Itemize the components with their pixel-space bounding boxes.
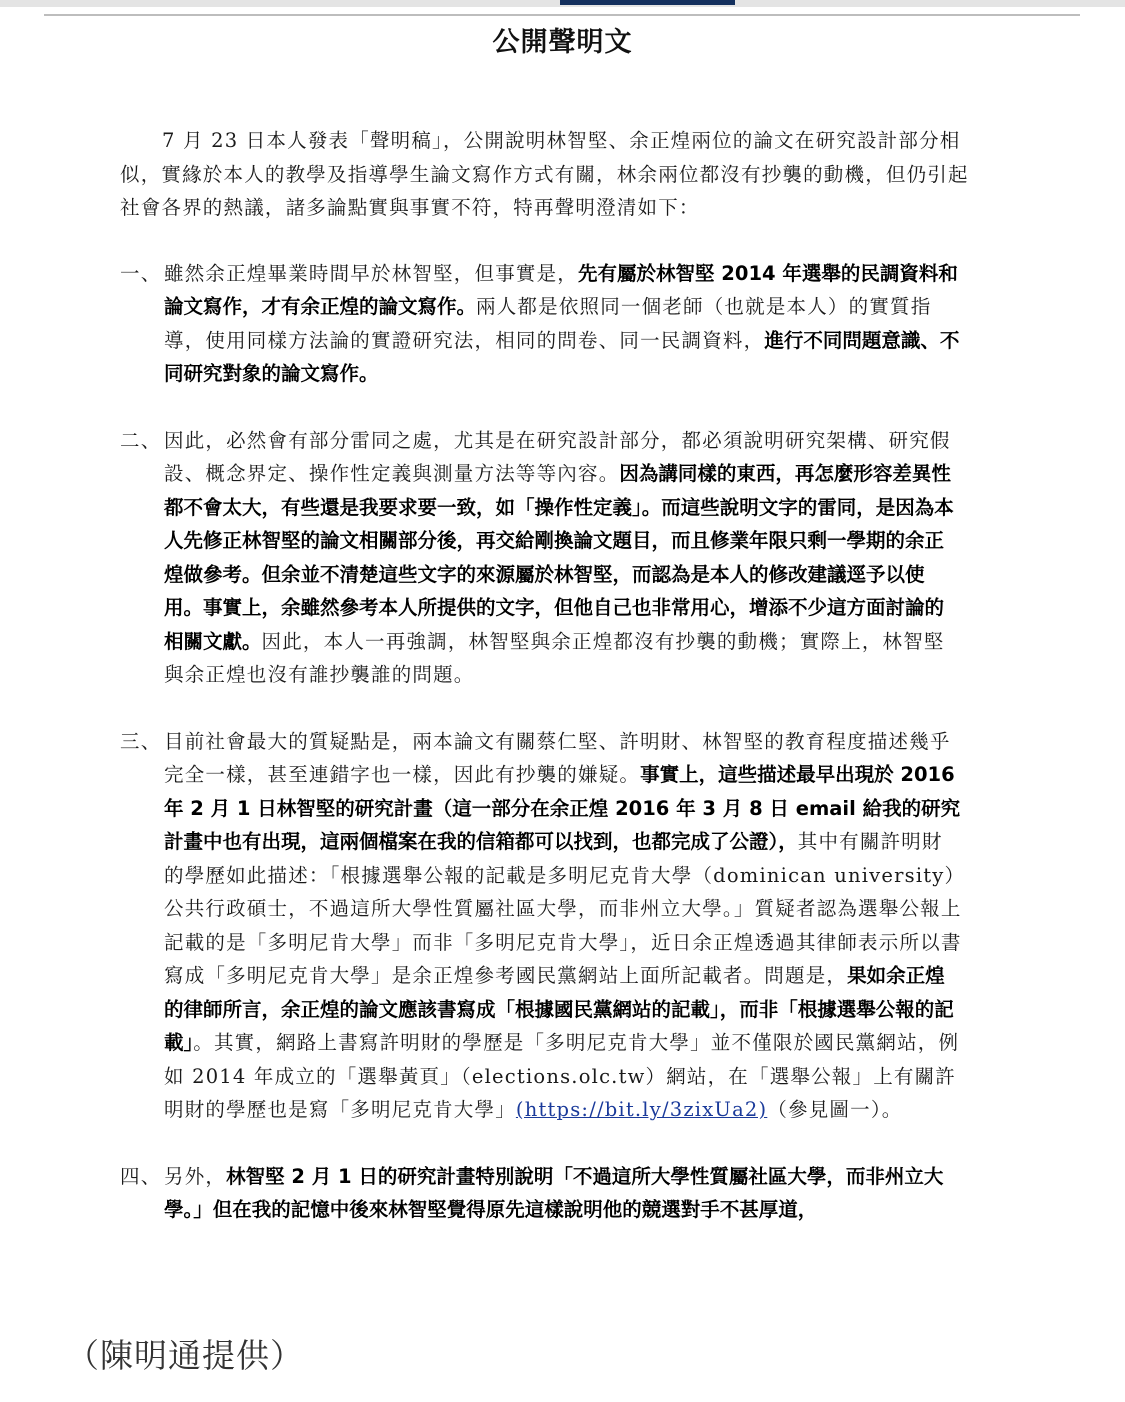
statement-item-1: 一、 雖然余正煌畢業時間早於林智堅，但事實是，先有屬於林智堅 2014 年選舉的… [120, 257, 970, 391]
bold-segment: 林智堅 2 月 1 日的研究計畫特別說明「不過這所大學性質屬社區大學，而非州立大… [164, 1165, 943, 1222]
document-top-rule [44, 14, 1080, 16]
item-number: 三、 [120, 725, 164, 1127]
image-caption: （陳明通提供） [66, 1330, 304, 1377]
statement-item-2: 二、 因此，必然會有部分雷同之處，尤其是在研究設計部分，都必須說明研究架構、研究… [120, 424, 970, 692]
item-text: 目前社會最大的質疑點是，兩本論文有關蔡仁堅、許明財、林智堅的教育程度描述幾乎完全… [164, 725, 970, 1127]
item-text: 因此，必然會有部分雷同之處，尤其是在研究設計部分，都必須說明研究架構、研究假設、… [164, 424, 970, 692]
item-number: 一、 [120, 257, 164, 391]
reference-link[interactable]: (https://bit.ly/3zixUa2) [516, 1098, 767, 1121]
text-segment: 其中有關許明財的學歷如此描述：「根據選舉公報的記載是多明尼克肯大學（domini… [164, 830, 962, 987]
item-number: 二、 [120, 424, 164, 692]
text-segment: 因此，本人一再強調，林智堅與余正煌都沒有抄襲的動機；實際上，林智堅與余正煌也沒有… [164, 630, 945, 687]
document-title: 公開聲明文 [0, 20, 1125, 59]
statement-item-4: 四、 另外，林智堅 2 月 1 日的研究計畫特別說明「不過這所大學性質屬社區大學… [120, 1160, 970, 1227]
document-body: 7 月 23 日本人發表「聲明稿」，公開說明林智堅、余正煌兩位的論文在研究設計部… [120, 124, 970, 1260]
active-tab-indicator [560, 0, 735, 5]
text-segment: （參見圖一）。 [767, 1098, 902, 1121]
item-text: 雖然余正煌畢業時間早於林智堅，但事實是，先有屬於林智堅 2014 年選舉的民調資… [164, 257, 970, 391]
text-segment: 雖然余正煌畢業時間早於林智堅，但事實是， [164, 262, 578, 285]
item-number: 四、 [120, 1160, 164, 1227]
item-text: 另外，林智堅 2 月 1 日的研究計畫特別說明「不過這所大學性質屬社區大學，而非… [164, 1160, 970, 1227]
bold-segment: 因為講同樣的東西，再怎麼形容差異性都不會太大，有些還是我要求要一致，如「操作性定… [164, 462, 954, 653]
statement-item-3: 三、 目前社會最大的質疑點是，兩本論文有關蔡仁堅、許明財、林智堅的教育程度描述幾… [120, 725, 970, 1127]
text-segment: 另外， [164, 1165, 226, 1188]
intro-paragraph: 7 月 23 日本人發表「聲明稿」，公開說明林智堅、余正煌兩位的論文在研究設計部… [120, 124, 970, 225]
